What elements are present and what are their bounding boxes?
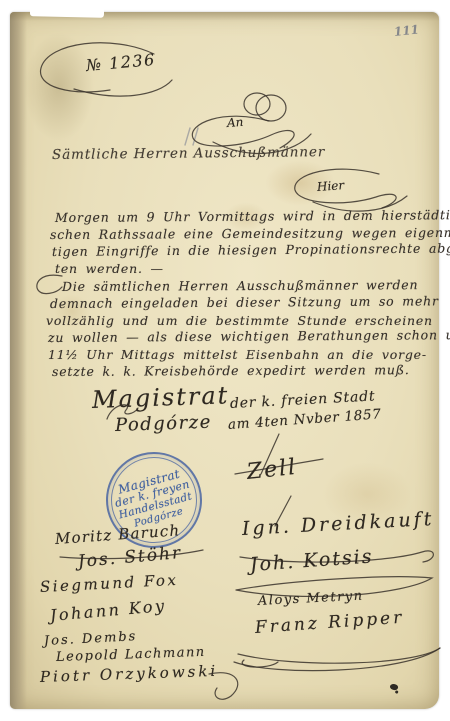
body-line: tigen Eingriffe in die hiesigen Propinat… <box>52 240 450 259</box>
stamp-line: Magistrat <box>117 468 181 496</box>
salutation-line: Sämtliche Herren Ausschußmänner <box>52 144 325 163</box>
ink-blot <box>389 683 399 692</box>
body-line: schen Rathssaale eine Gemeindesitzung we… <box>50 225 450 242</box>
body-line: zu wollen — als diese wichtigen Berathun… <box>48 327 450 345</box>
folio-number: 111 <box>393 22 419 39</box>
body-line: 11½ Uhr Mittags mittelst Eisenbahn an di… <box>48 347 427 362</box>
location-word: Hier <box>317 178 345 194</box>
body-line: Die sämtlichen Herren Ausschußmänner wer… <box>62 277 418 294</box>
signature: Piotr Orzykowski <box>40 662 219 686</box>
body-line: ten werden. — <box>55 261 164 276</box>
paper-corner-notch <box>30 7 104 18</box>
signature-flourish <box>232 640 450 672</box>
stamp-line: Handelsstadt <box>118 490 194 522</box>
signature: Johann Koy <box>49 596 167 625</box>
scan-background: № 1236 111 An Sämtliche Herren Ausschußm… <box>0 0 450 721</box>
body-line: Morgen um 9 Uhr Vormittags wird in dem h… <box>55 207 450 225</box>
stamp-line: der k. freyen <box>114 478 191 510</box>
signature: Franz Ripper <box>254 608 405 638</box>
body-line: setzte k. k. Kreisbehörde expedirt werde… <box>52 362 410 379</box>
body-line: demnach eingeladen bei dieser Sitzung um… <box>50 293 439 311</box>
closing-place: Podgórze <box>115 412 213 436</box>
flourish-ornament <box>32 272 64 298</box>
signature-official: Zell <box>246 455 299 485</box>
signature: Siegmund Fox <box>40 571 179 596</box>
signature: Jos. Dembs <box>44 629 138 649</box>
body-line: vollzählig und um die bestimmte Stunde e… <box>46 313 433 328</box>
document-page: № 1236 111 An Sämtliche Herren Ausschußm… <box>10 12 439 709</box>
signature-flourish <box>205 666 247 704</box>
address-word: An <box>227 115 244 130</box>
flourish-ornament <box>283 166 411 212</box>
paper-edge-left <box>10 12 27 709</box>
